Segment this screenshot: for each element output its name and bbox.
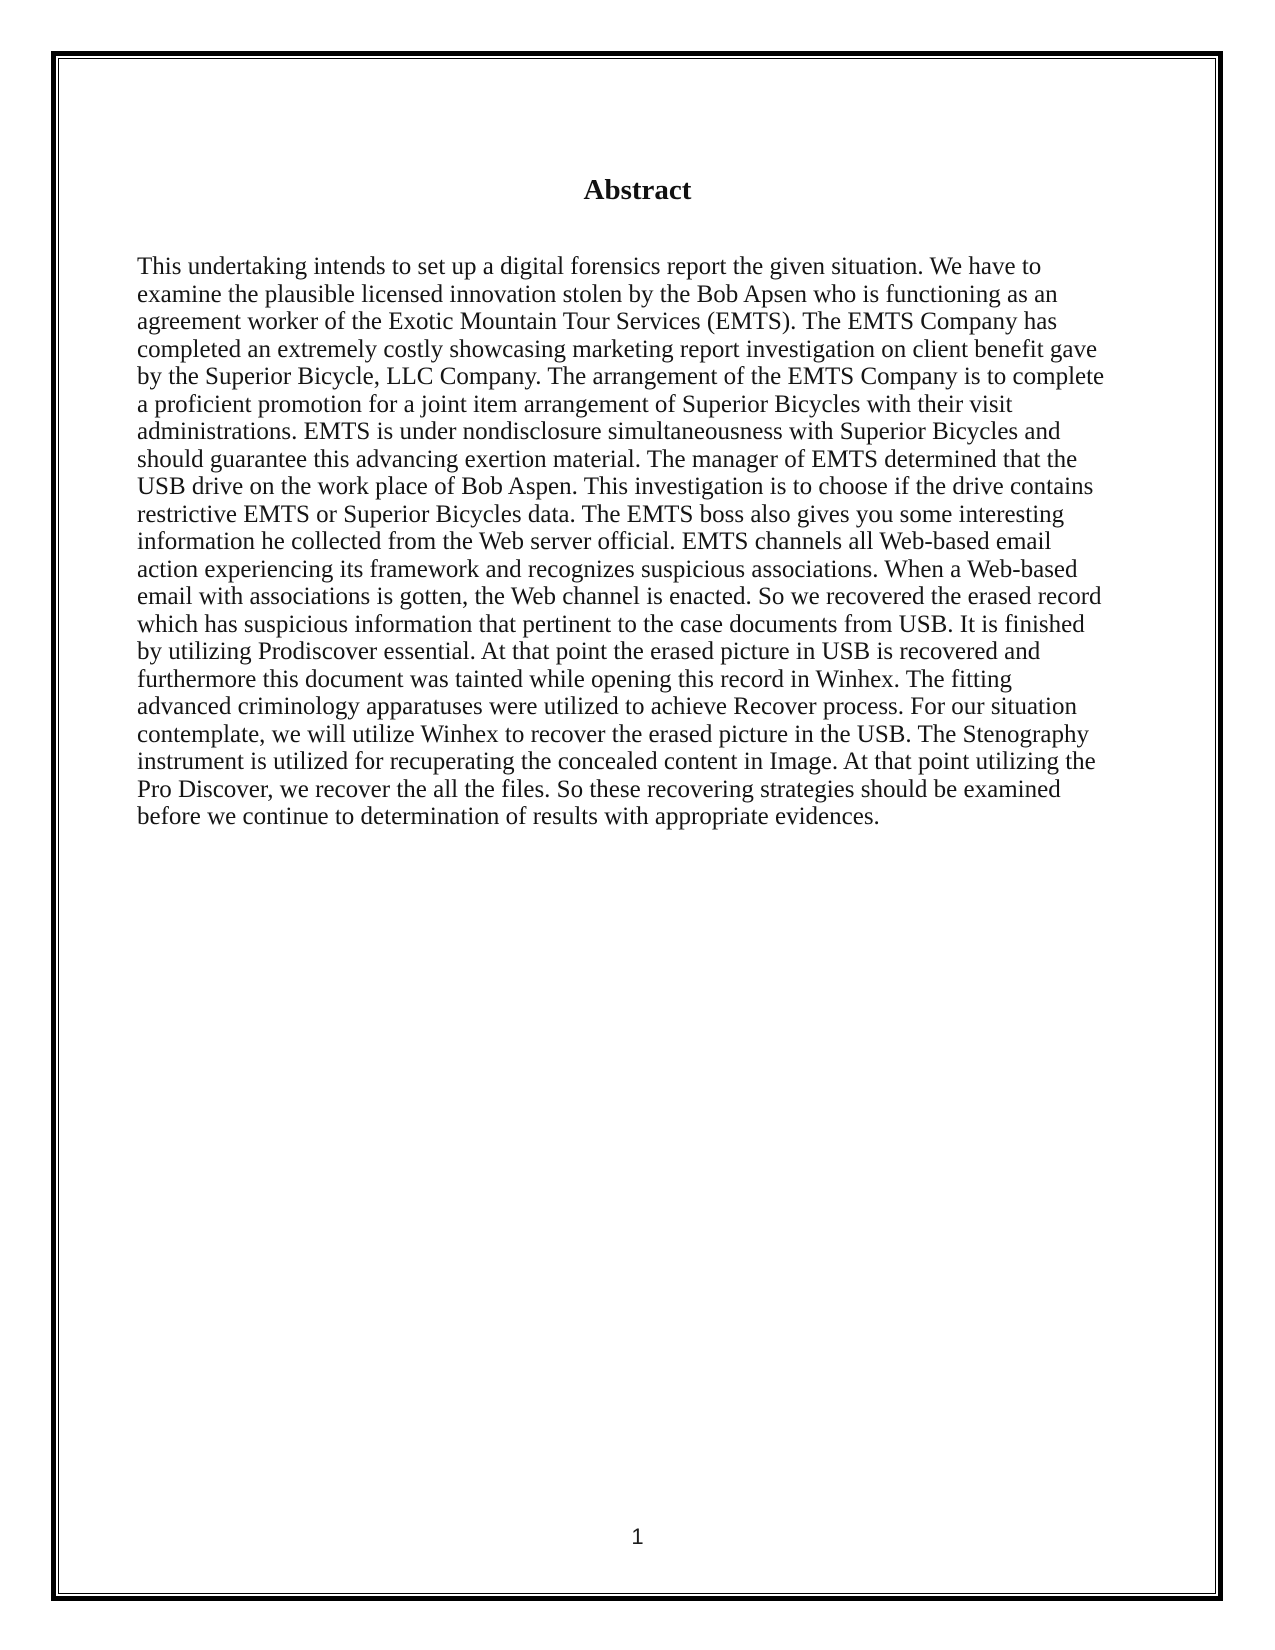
abstract-paragraph: This undertaking intends to set up a dig… — [137, 253, 1147, 831]
document-page: Abstract This undertaking intends to set… — [0, 0, 1275, 1650]
page-number: 1 — [0, 1525, 1275, 1549]
page-title: Abstract — [0, 176, 1275, 205]
